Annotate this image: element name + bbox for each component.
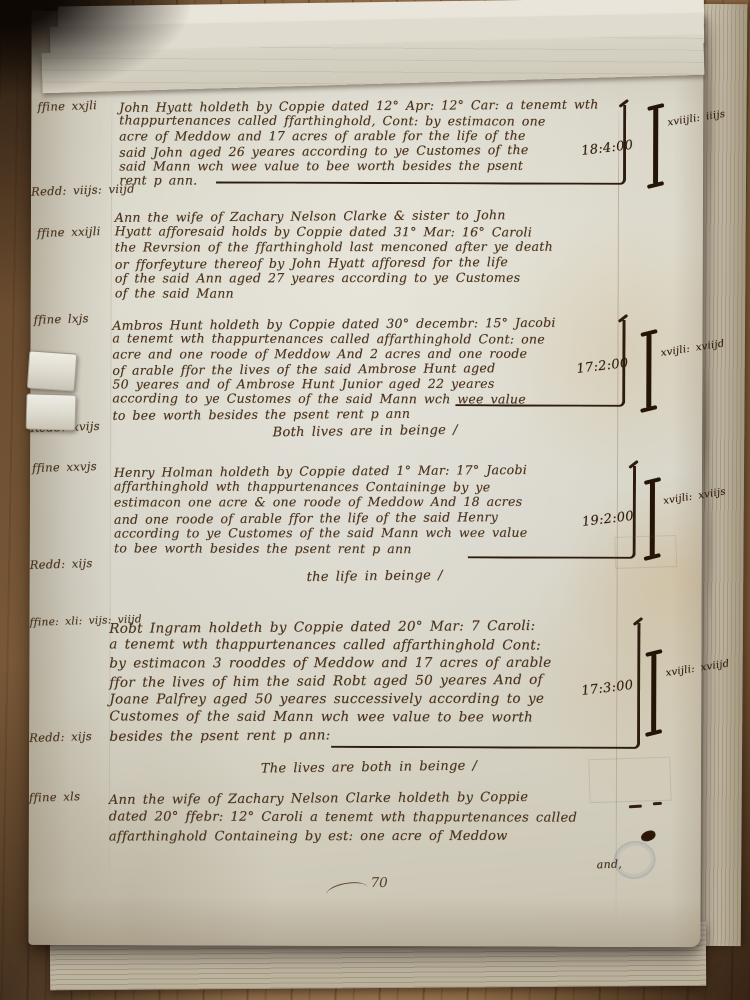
manuscript-text-line: Ann the wife of Zachary Nelson Clarke ho… — [109, 787, 629, 810]
margin-fine-note: ffine xxjli — [37, 98, 97, 114]
page-crease — [109, 91, 113, 891]
manuscript-page: ffine xxjli John Hyatt holdeth by Coppie… — [28, 11, 703, 947]
ink-blot — [640, 829, 657, 842]
margin-fine-note: ffine xxijli — [37, 224, 101, 240]
entry-footer-note: Both lives are in beinge / — [150, 421, 580, 442]
page-number-text: 70 — [371, 875, 388, 891]
binding-tie — [26, 393, 77, 430]
manuscript-text-line: of the said Ann aged 27 yeares according… — [115, 270, 625, 286]
manuscript-text-line: of the said Mann — [115, 285, 625, 302]
faint-pencil-box — [588, 757, 671, 804]
faint-pencil-box — [614, 535, 677, 569]
margin-fine-note: ffine xls — [29, 789, 81, 805]
manuscript-text-line: or fforfeyture thereof by John Hyatt aff… — [115, 253, 625, 272]
manuscript-text-line: Ann the wife of Zachary Nelson Clarke & … — [115, 206, 625, 225]
manuscript-text-line: affarthinghold Containeing by est: one a… — [109, 827, 629, 847]
margin-rent-note: Redd: xijs — [29, 729, 92, 745]
page-number: 70 — [325, 874, 388, 891]
margin-fine-note: ffine xxvjs — [32, 459, 97, 475]
photograph-of-manuscript: ffine xxjli John Hyatt holdeth by Coppie… — [0, 0, 750, 1000]
entry-text-block: Ann the wife of Zachary Nelson Clarke ho… — [109, 789, 629, 847]
value-bracket — [640, 331, 658, 411]
margin-fine-note: ffine lxjs — [33, 311, 89, 327]
entry-footer-note: the life in beinge / — [160, 566, 590, 587]
entry-footer-note: The lives are both in beinge / — [139, 757, 599, 778]
manuscript-text-line: dated 20° ffebr: 12° Caroli a tenemt wth… — [109, 807, 629, 827]
entry-text-block: Ann the wife of Zachary Nelson Clarke & … — [115, 208, 625, 302]
manuscript-text-line: to bee worth besides the psent rent p an… — [112, 404, 627, 423]
margin-dash-mark — [653, 802, 662, 805]
margin-rent-note: Redd: xijs — [29, 556, 92, 572]
margin-rent-note: Redd: viijs: viijd — [31, 181, 135, 198]
binding-tie — [27, 350, 78, 391]
manuscript-text-line: the Revrsion of the ffarthinghold last m… — [115, 239, 625, 255]
flourish-mark — [325, 879, 369, 903]
margin-dash-mark — [629, 805, 642, 808]
value-bracket — [645, 651, 663, 735]
value-bracket — [647, 105, 665, 187]
entry-bracket-line — [216, 103, 626, 184]
manuscript-text-line: Hyatt afforesaid holds by Coppie dated 3… — [115, 223, 625, 240]
